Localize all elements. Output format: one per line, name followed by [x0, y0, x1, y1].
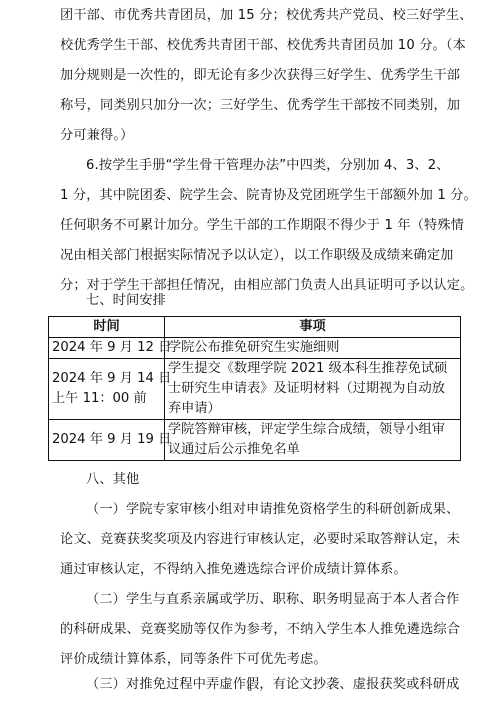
column-header-time: 时间: [49, 317, 165, 338]
document-page: 团干部、市优秀共青团员，加 15 分；校优秀共产党员、校三好学生、 校优秀学生干…: [0, 0, 499, 701]
section-heading-other: 八、其他: [86, 470, 486, 490]
item-cell: 学院答辩审核，评定学生综合成绩，领导小组审 议通过后公示推免名单: [165, 420, 461, 461]
body-text-line: 团干部、市优秀共青团员，加 15 分；校优秀共产党员、校三好学生、: [60, 6, 460, 26]
item6-text-line: 任何职务不可累计加分。学生干部的工作期限不得少于 1 年（特殊情: [60, 216, 460, 236]
time-text: 上午 11：00 前: [52, 389, 161, 409]
body-text-line: 分可兼得。）: [60, 126, 460, 146]
body-text-line: 加分规则是一次性的，即无论有多少次获得三好学生、优秀学生干部: [60, 66, 460, 86]
column-header-item: 事项: [165, 317, 461, 338]
table-row: 2024 年 9 月 12 日 学院公布推免研究生实施细则: [49, 338, 461, 359]
item-cell: 学生提交《数理学院 2021 级本科生推荐免试硕 士研究生申请表》及证明材料（过…: [165, 359, 461, 420]
para2-text-line: （二）学生与直系亲属或学历、职称、职务明显高于本人者合作: [86, 590, 460, 610]
time-cell: 2024 年 9 月 14 日 上午 11：00 前: [49, 359, 165, 420]
item-text: 士研究生申请表》及证明材料（过期视为自动放: [168, 379, 457, 399]
para1-text-line: 论文、竞赛获奖奖项及内容进行审核认定，必要时采取答辩认定，未: [60, 530, 460, 550]
time-cell: 2024 年 9 月 12 日: [49, 338, 165, 359]
time-cell: 2024 年 9 月 19 日: [49, 420, 165, 461]
body-text-line: 校优秀学生干部、校优秀共青团干部、校优秀共青团员加 10 分。（本: [60, 36, 460, 56]
table-header-row: 时间 事项: [49, 317, 461, 338]
para1-text-line: （一）学院专家审核小组对申请推免资格学生的科研创新成果、: [86, 500, 460, 520]
time-text: 2024 年 9 月 19 日: [52, 430, 161, 450]
item-text: 学院公布推免研究生实施细则: [168, 338, 457, 358]
item-text: 弃申请）: [168, 399, 457, 419]
item6-text-line: 1 分，其中院团委、院学生会、院青协及党团班学生干部额外加 1 分。: [60, 186, 460, 206]
body-text-line: 称号，同类别只加分一次；三好学生、优秀学生干部按不同类别，加: [60, 96, 460, 116]
para2-text-line: 评价成绩计算体系，同等条件下可优先考虑。: [60, 650, 460, 670]
item-text: 学生提交《数理学院 2021 级本科生推荐免试硕: [168, 359, 457, 379]
table-row: 2024 年 9 月 14 日 上午 11：00 前 学生提交《数理学院 202…: [49, 359, 461, 420]
table-row: 2024 年 9 月 19 日 学院答辩审核，评定学生综合成绩，领导小组审 议通…: [49, 420, 461, 461]
para2-text-line: 的科研成果、竞赛奖励等仅作为参考，不纳入学生本人推免遴选综合: [60, 620, 460, 640]
item-text: 学院答辩审核，评定学生综合成绩，领导小组审: [168, 420, 457, 440]
item-cell: 学院公布推免研究生实施细则: [165, 338, 461, 359]
item6-text-line: 6.按学生手册“学生骨干管理办法”中四类，分别加 4、3、2、: [86, 156, 460, 176]
section-heading-schedule: 七、时间安排: [86, 291, 486, 311]
schedule-table: 时间 事项 2024 年 9 月 12 日 学院公布推免研究生实施细则 2024…: [48, 316, 461, 461]
item-text: 议通过后公示推免名单: [168, 440, 457, 460]
para1-text-line: 通过审核认定，不得纳入推免遴选综合评价成绩计算体系。: [60, 560, 460, 580]
time-text: 2024 年 9 月 14 日: [52, 369, 161, 389]
time-text: 2024 年 9 月 12 日: [52, 338, 161, 358]
page-number: 6: [0, 683, 499, 693]
item6-text-line: 况由相关部门根据实际情况予以认定），以工作职级及成绩来确定加: [60, 246, 460, 266]
